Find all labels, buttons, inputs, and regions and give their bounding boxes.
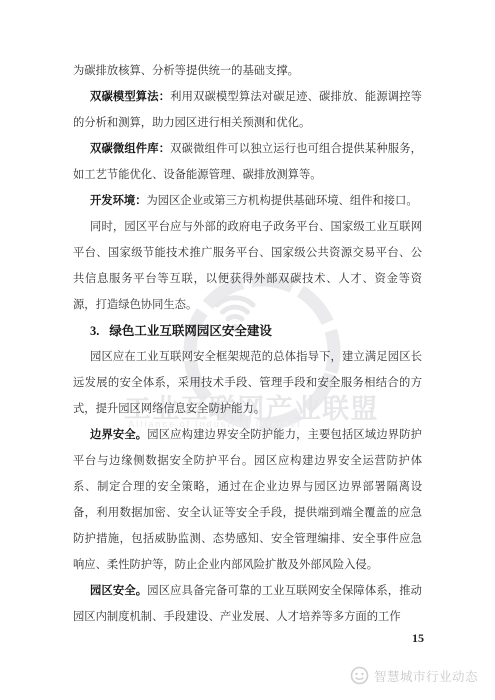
footer-brand-label: 智慧城市行业动态 (374, 667, 478, 685)
paragraph-lead: 开发环境： (90, 195, 147, 207)
section-title: 绿色工业互联网园区安全建设 (109, 324, 272, 338)
paragraph-text: 园区应构建边界安全防护能力，主要包括区域边界防护平台与边缘侧数据安全防护平台。园… (73, 429, 422, 571)
section-number: 3. (90, 324, 99, 338)
page-number: 15 (406, 631, 430, 646)
footer-brand: 智慧城市行业动态 (350, 666, 478, 685)
paragraph: 园区安全。园区应具备完备可靠的工业互联网安全保障体系，推动园区内制度机制、手段建… (73, 578, 422, 630)
section-heading: 3.绿色工业互联网园区安全建设 (73, 318, 422, 344)
paragraph-lead: 园区安全。 (90, 585, 147, 597)
paragraph-text: 为园区企业或第三方机构提供基础环境、组件和接口。 (147, 195, 418, 207)
paragraph-lead: 双碳模型算法： (90, 91, 170, 103)
paragraph-lead: 边界安全。 (90, 429, 147, 441)
paragraph: 同时，园区平台应与外部的政府电子政务平台、国家级工业互联网平台、国家级节能技术推… (73, 214, 422, 318)
brand-avatar-icon (350, 666, 369, 685)
paragraph-text: 为碳排放核算、分析等提供统一的基础支撑。 (73, 65, 299, 77)
paragraph: 为碳排放核算、分析等提供统一的基础支撑。 (73, 58, 422, 84)
document-body: 为碳排放核算、分析等提供统一的基础支撑。 双碳模型算法：利用双碳模型算法对碳足迹… (73, 58, 422, 630)
paragraph: 边界安全。园区应构建边界安全防护能力，主要包括区域边界防护平台与边缘侧数据安全防… (73, 422, 422, 578)
document-page: 工业互联网产业联盟 Alliance of Industrial Interne… (0, 0, 495, 700)
paragraph: 双碳微组件库：双碳微组件可以独立运行也可组合提供某种服务，如工艺节能优化、设备能… (73, 136, 422, 188)
paragraph: 园区应在工业互联网安全框架规范的总体指导下，建立满足园区长远发展的安全体系，采用… (73, 344, 422, 422)
paragraph-lead: 双碳微组件库： (90, 143, 170, 155)
paragraph: 双碳模型算法：利用双碳模型算法对碳足迹、碳排放、能源调控等的分析和测算，助力园区… (73, 84, 422, 136)
paragraph: 开发环境：为园区企业或第三方机构提供基础环境、组件和接口。 (73, 188, 422, 214)
paragraph-text: 同时，园区平台应与外部的政府电子政务平台、国家级工业互联网平台、国家级节能技术推… (73, 221, 422, 311)
paragraph-text: 园区应在工业互联网安全框架规范的总体指导下，建立满足园区长远发展的安全体系，采用… (73, 351, 422, 415)
